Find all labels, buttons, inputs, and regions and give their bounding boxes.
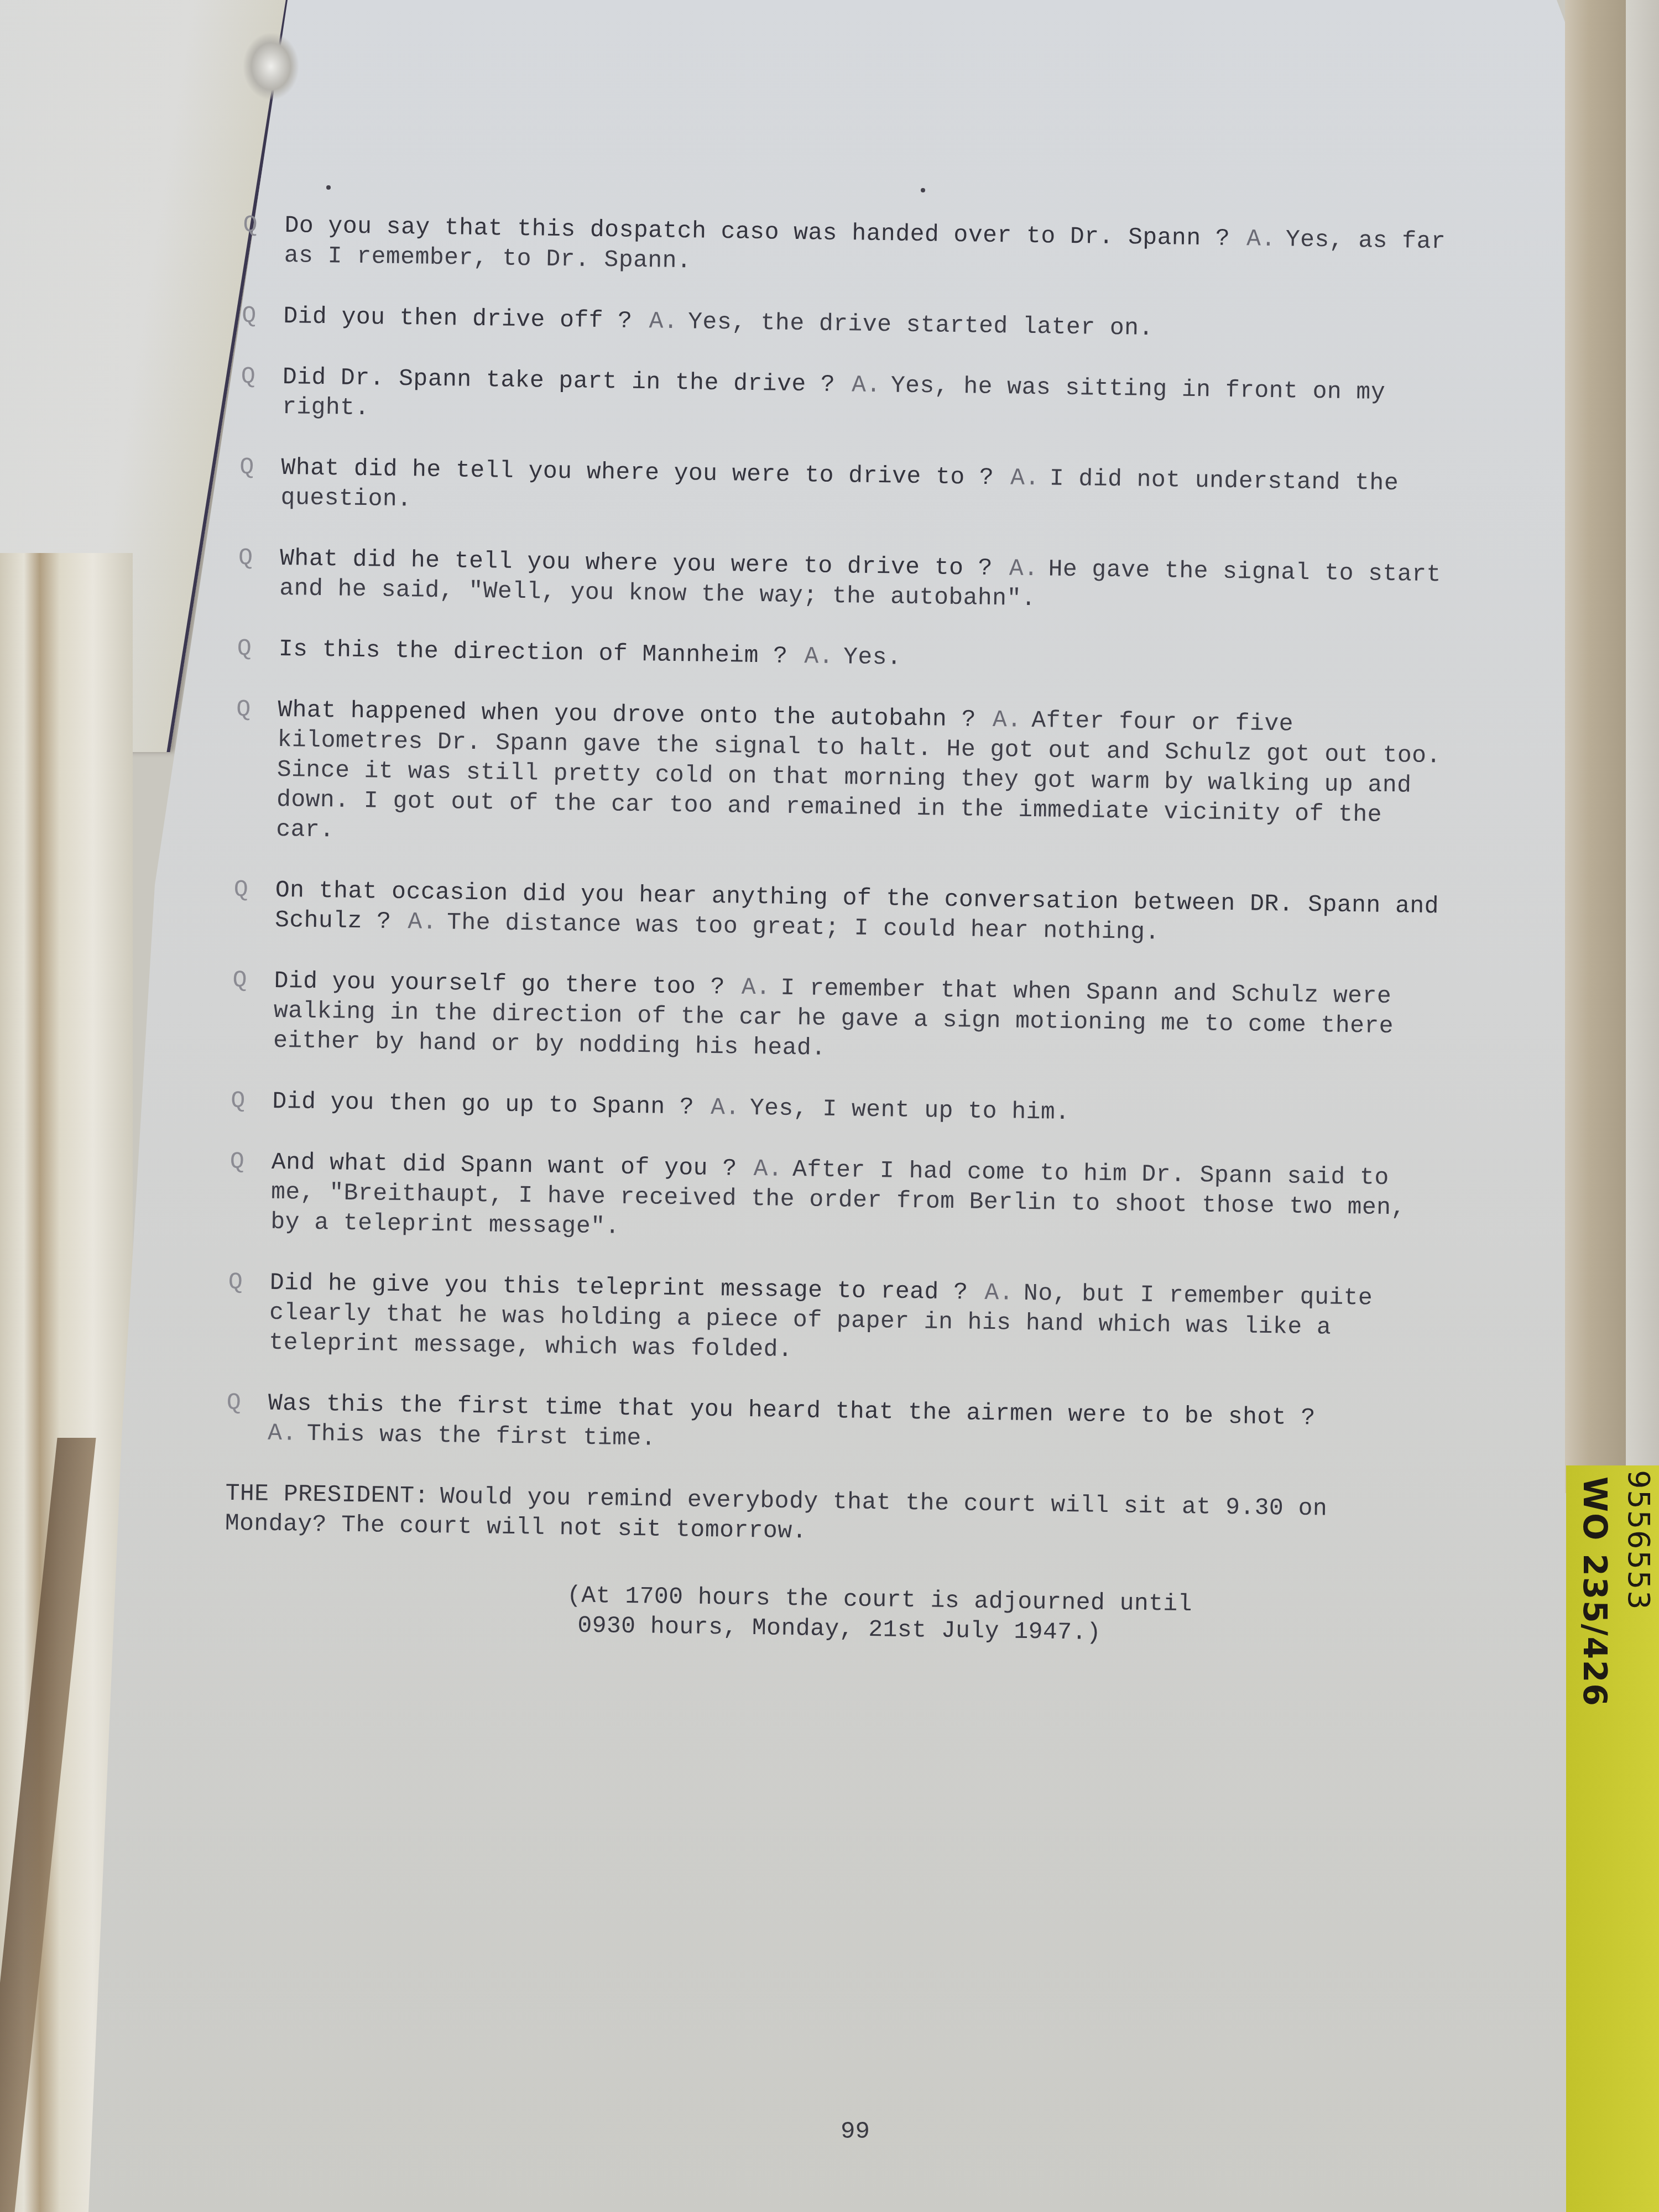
answer-text: This was the first time. [306,1420,656,1452]
qa-exchange: QDid you yourself go there too ?A.I reme… [232,966,1449,1072]
qa-exchange: QDid Dr. Spann take part in the drive ?A… [241,362,1458,439]
answer-marker: A. [1009,555,1039,582]
question-text: And what did Spann want of you ? [272,1149,737,1182]
question-marker: Q [228,1267,243,1297]
answer-line: A.Yes. [787,643,901,671]
qa-exchange: QWhat did he tell you where you were to … [239,452,1456,529]
answer-marker: A. [984,1279,1014,1307]
transcript-body: QDo you say that this dospatch caso was … [223,210,1460,1652]
question-marker: Q [232,966,247,995]
qa-exchange: QDid you then go up to Spann ?A.Yes, I w… [231,1086,1448,1133]
question-marker: Q [227,1388,242,1418]
archive-label: WO 235/426 9556553 [1566,1465,1659,2212]
president-statement: THE PRESIDENT:Would you remind everybody… [225,1479,1442,1556]
question-marker: Q [239,452,254,482]
answer-line: A.Yes, I went up to him. [694,1094,1070,1126]
speaker-label: THE PRESIDENT: [225,1480,429,1510]
question-marker: Q [231,1086,246,1116]
answer-marker: A. [804,643,833,670]
answer-marker: A. [1246,225,1276,253]
answer-text: Yes, the drive started later on. [688,308,1154,342]
answer-marker: A. [753,1155,782,1183]
qa-exchange: QDid he give you this teleprint message … [227,1267,1445,1374]
qa-exchange: QWhat happened when you drove onto the a… [234,695,1453,861]
stray-mark [921,188,925,192]
answer-marker: A. [993,706,1022,734]
answer-text: Yes. [843,643,902,671]
archive-reference: WO 235/426 [1576,1477,1614,1707]
question-text: Is this the direction of Mannheim ? [279,635,788,670]
adjournment-note: (At 1700 hours the court is adjourned un… [566,1580,1230,1650]
archive-item-number: 9556553 [1621,1470,1656,1611]
question-marker: Q [243,210,258,240]
qa-exchange: QAnd what did Spann want of you ?A.After… [229,1147,1447,1254]
folder-edge [1565,0,1626,1493]
answer-marker: A. [742,974,771,1001]
answer-line: A.Yes, the drive started later on. [632,307,1154,342]
question-marker: Q [242,301,257,331]
exchange-list: QDo you say that this dospatch caso was … [226,210,1460,1464]
answer-text: Yes, I went up to him. [750,1094,1070,1126]
question-text: Did you then go up to Spann ? [272,1088,694,1121]
question-marker: Q [233,875,248,905]
question-marker: Q [230,1147,245,1177]
question-marker: Q [236,695,251,724]
question-marker: Q [238,543,253,573]
answer-marker: A. [1010,464,1040,492]
answer-marker: A. [268,1420,297,1447]
answer-marker: A. [649,307,678,335]
page-number: 99 [841,2118,870,2146]
question-text: Did you then drive off ? [283,302,633,335]
answer-marker: A. [852,371,881,399]
qa-exchange: QWas this the first time that you heard … [226,1388,1443,1465]
answer-marker: A. [408,908,437,936]
stray-mark [326,185,331,190]
question-text: Did Dr. Spann take part in the drive ? [282,363,835,398]
binding-tear [243,33,299,100]
question-text: Did you yourself go there too ? [274,967,725,1000]
answer-marker: A. [711,1094,740,1121]
qa-exchange: QIs this the direction of Mannheim ?A.Ye… [237,634,1454,681]
question-marker: Q [237,634,252,664]
qa-exchange: QOn that occasion did you hear anything … [233,875,1451,952]
question-marker: Q [241,362,255,392]
qa-exchange: QDid you then drive off ?A.Yes, the driv… [242,301,1459,348]
qa-exchange: QWhat did he tell you where you were to … [238,543,1455,620]
